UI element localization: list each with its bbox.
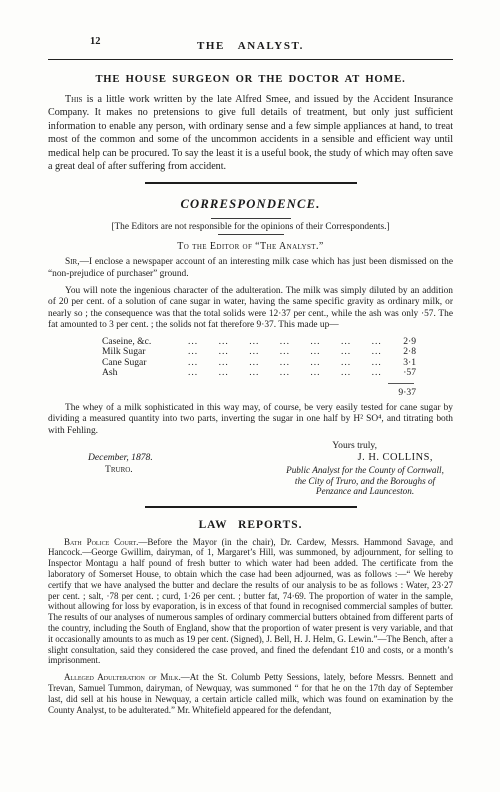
- dot-leader: ... ... ... ... ... ... ... ... ... ...: [182, 358, 382, 368]
- article-paragraph: This is a little work written by the lat…: [48, 93, 453, 173]
- letter-place: Truro.: [88, 464, 153, 476]
- signature-title-line: Penzance and Launceston.: [277, 486, 453, 496]
- table-row: Caseine, &c. ... ... ... ... ... ... ...…: [102, 337, 416, 347]
- letter-date: December, 1878.: [88, 452, 153, 464]
- row-value: ·57: [382, 368, 416, 378]
- signature-credentials: Public Analyst for the County of Cornwal…: [277, 465, 453, 496]
- letter-paragraph-2: You will note the ingenious character of…: [48, 286, 453, 332]
- total-rule: [388, 383, 414, 384]
- table-row: Milk Sugar ... ... ... ... ... ... ... .…: [102, 347, 416, 357]
- letter-closing: Yours truly,: [48, 440, 453, 451]
- letter-paragraph-3: The whey of a milk sophisticated in this…: [48, 403, 453, 438]
- dot-leader: ... ... ... ... ... ... ... ... ... ...: [182, 347, 382, 357]
- letter-p1-lead: Sir: [65, 257, 77, 267]
- signature-column: J. H. COLLINS, Public Analyst for the Co…: [203, 452, 453, 496]
- heading-rule: [211, 218, 291, 219]
- section-divider: [145, 182, 357, 184]
- disclaimer-rule: [218, 234, 284, 235]
- letter-salutation: To the Editor of “The Analyst.”: [48, 241, 453, 252]
- law-report-paragraph-1: Bath Police Court.—Before the Mayor (in …: [48, 537, 453, 667]
- letter-p1-text: ,—I enclose a newspaper account of an in…: [48, 257, 453, 279]
- signature-title-line: Public Analyst for the County of Cornwal…: [277, 465, 453, 475]
- law-p2-lead: Alleged Adulteration of Milk: [64, 672, 178, 682]
- journal-page: 12 THE ANALYST. THE HOUSE SURGEON OR THE…: [0, 0, 500, 792]
- letter-dateline: December, 1878. Truro.: [48, 452, 153, 496]
- law-report-paragraph-2: Alleged Adulteration of Milk.—At the St.…: [48, 672, 453, 715]
- law-reports-heading: LAW REPORTS.: [48, 519, 453, 531]
- table-row: Ash ... ... ... ... ... ... ... ... ... …: [102, 368, 416, 378]
- letter-paragraph-1: Sir,—I enclose a newspaper account of an…: [48, 257, 453, 280]
- table-row: Cane Sugar ... ... ... ... ... ... ... .…: [102, 358, 416, 368]
- article-title: THE HOUSE SURGEON OR THE DOCTOR AT HOME.: [48, 74, 453, 85]
- law-reports-section: LAW REPORTS. Bath Police Court.—Before t…: [48, 519, 453, 716]
- signature-name: J. H. COLLINS,: [203, 452, 453, 463]
- dot-leader: ... ... ... ... ... ... ... ... ... ...: [182, 368, 382, 378]
- correspondence-heading: CORRESPONDENCE.: [48, 197, 453, 212]
- journal-title: THE ANALYST.: [197, 40, 304, 52]
- milk-composition-table: Caseine, &c. ... ... ... ... ... ... ...…: [102, 337, 416, 398]
- dot-leader: ... ... ... ... ... ... ... ... ... ...: [182, 337, 382, 347]
- article-section: THE HOUSE SURGEON OR THE DOCTOR AT HOME.…: [48, 74, 453, 173]
- page-number: 12: [90, 36, 101, 47]
- correspondence-section: CORRESPONDENCE. [The Editors are not res…: [48, 197, 453, 496]
- section-divider: [145, 506, 357, 508]
- page-header: 12 THE ANALYST.: [48, 36, 453, 60]
- row-label: Ash: [102, 368, 182, 378]
- article-body-text: is a little work written by the late Alf…: [48, 94, 453, 172]
- table-total: 9·37: [102, 387, 416, 398]
- editors-disclaimer: [The Editors are not responsible for the…: [48, 222, 453, 232]
- signature-title-line: the City of Truro, and the Boroughs of: [277, 476, 453, 486]
- law-p1-lead: Bath Police Court: [64, 537, 136, 547]
- article-lead: This: [65, 94, 82, 105]
- law-p1-text: .—Before the Mayor (in the chair), Dr. C…: [48, 537, 453, 666]
- signature-block: December, 1878. Truro. J. H. COLLINS, Pu…: [48, 452, 453, 496]
